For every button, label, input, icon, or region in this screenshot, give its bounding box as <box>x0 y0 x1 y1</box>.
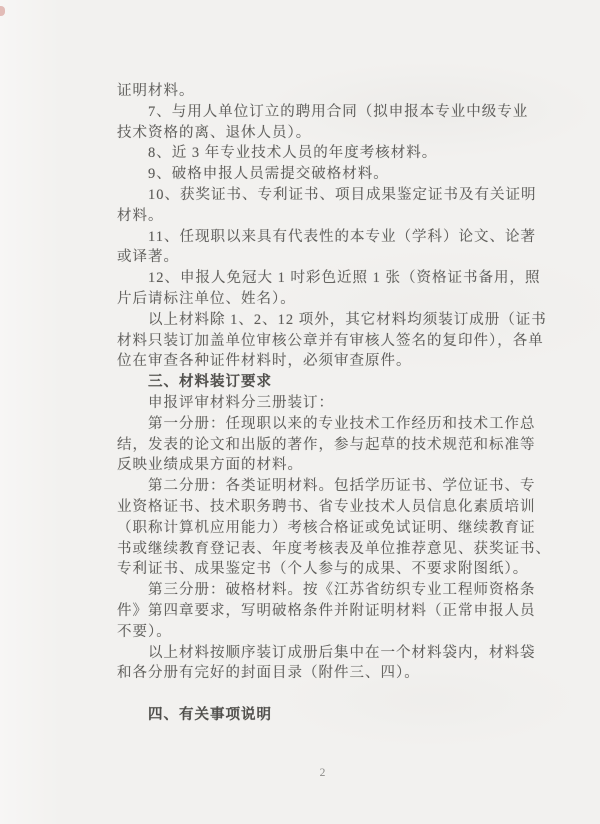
scanned-page: 证明材料。7、与用人单位订立的聘用合同（拟申报本专业中级专业技术资格的离、退休人… <box>0 0 600 824</box>
text-line: 申报评审材料分三册装订： <box>117 393 537 414</box>
text-line: 书或继续教育登记表、年度考核表及单位推荐意见、获奖证书、 <box>117 539 537 560</box>
text-line: 结，发表的论文和出版的著作，参与起草的技术规范和标准等 <box>117 435 537 456</box>
text-line: 第三分册：破格材料。按《江苏省纺织专业工程师资格条 <box>117 580 537 601</box>
text-line: 第一分册：任现职以来的专业技术工作经历和技术工作总 <box>117 414 537 435</box>
text-line: 技术资格的离、退休人员）。 <box>117 123 537 144</box>
text-line: 8、近 3 年专业技术人员的年度考核材料。 <box>117 143 537 164</box>
text-line: 12、申报人免冠大 1 吋彩色近照 1 张（资格证书备用，照 <box>117 268 537 289</box>
text-line: 片后请标注单位、姓名）。 <box>117 289 537 310</box>
text-line: （职称计算机应用能力）考核合格证或免试证明、继续教育证 <box>117 518 537 539</box>
text-line: 专利证书、成果鉴定书（个人参与的成果、不要求附图纸）。 <box>117 559 537 580</box>
text-line: 业资格证书、技术职务聘书、省专业技术人员信息化素质培训 <box>117 497 537 518</box>
text-line: 材料。 <box>117 206 537 227</box>
section-heading: 三、材料装订要求 <box>117 372 537 393</box>
text-line: 第二分册：各类证明材料。包括学历证书、学位证书、专 <box>117 476 537 497</box>
text-line: 不要）。 <box>117 622 537 643</box>
text-line: 以上材料按顺序装订成册后集中在一个材料袋内，材料袋 <box>117 643 537 664</box>
text-line: 7、与用人单位订立的聘用合同（拟申报本专业中级专业 <box>117 102 537 123</box>
section-heading: 四、有关事项说明 <box>117 705 537 726</box>
document-text: 证明材料。7、与用人单位订立的聘用合同（拟申报本专业中级专业技术资格的离、退休人… <box>117 81 537 726</box>
text-line <box>117 684 537 705</box>
text-line: 件》第四章要求，写明破格条件并附证明材料（正常申报人员 <box>117 601 537 622</box>
text-line: 和各分册有完好的封面目录（附件三、四）。 <box>117 663 537 684</box>
text-line: 9、破格申报人员需提交破格材料。 <box>117 164 537 185</box>
text-line: 反映业绩成果方面的材料。 <box>117 455 537 476</box>
text-line: 位在审查各种证件材料时，必须审查原件。 <box>117 351 537 372</box>
page-number: 2 <box>117 767 529 779</box>
text-line: 以上材料除 1、2、12 项外，其它材料均须装订成册（证书 <box>117 310 537 331</box>
text-line: 材料只装订加盖单位审核公章并有审核人签名的复印件），各单 <box>117 331 537 352</box>
text-line: 11、任现职以来具有代表性的本专业（学科）论文、论著 <box>117 227 537 248</box>
text-line: 或译著。 <box>117 247 537 268</box>
scan-artifact-mark <box>0 6 5 16</box>
text-line: 证明材料。 <box>117 81 537 102</box>
text-line: 10、获奖证书、专利证书、项目成果鉴定证书及有关证明 <box>117 185 537 206</box>
